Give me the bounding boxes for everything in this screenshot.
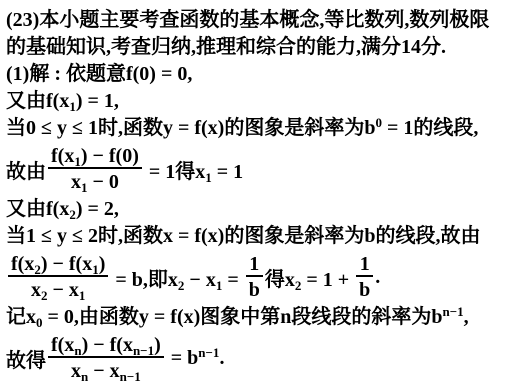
text-segment: 故由 bbox=[6, 161, 46, 183]
text-segment: − x bbox=[47, 279, 78, 301]
text-segment: 的基础知识,考查归纳,推理和综合的能力,满分14分. bbox=[6, 36, 446, 58]
subscript: n−1 bbox=[133, 343, 154, 358]
text-segment: = 0,由函数y = f(x)图象中第n段线段的斜率为b bbox=[43, 306, 443, 328]
subscript: n−1 bbox=[120, 369, 141, 384]
text-segment: = b bbox=[166, 347, 199, 369]
text-segment: 又由f(x bbox=[6, 90, 69, 112]
text-segment: 故得 bbox=[6, 350, 46, 372]
fraction-denominator: b bbox=[246, 277, 263, 303]
text-segment: − 0 bbox=[87, 171, 118, 193]
text-run: 又由f(x2) = 2, bbox=[6, 198, 119, 220]
text-run: 故由 bbox=[6, 155, 46, 184]
text-run: = b,即x2 − x1 = bbox=[110, 263, 243, 292]
text-segment: ) − f(x bbox=[41, 253, 92, 275]
fraction: 1 b bbox=[246, 251, 263, 303]
solution-part1-line: (1)解 : 依题意f(0) = 0, bbox=[6, 61, 510, 88]
text-segment: f(x bbox=[51, 334, 74, 356]
equation-x1: 故由 f(x1) − f(0) x1 − 0 = 1得x1 = 1 bbox=[6, 142, 510, 196]
text-segment: ) bbox=[99, 253, 106, 275]
equation-x2: f(x2) − f(x1) x2 − x1 = b,即x2 − x1 = 1 b… bbox=[6, 250, 510, 304]
subscript: 1 bbox=[79, 288, 86, 303]
text-run: 当0 ≤ y ≤ 1时,函数y = f(x)的图象是斜率为b0 = 1的线段, bbox=[6, 117, 478, 139]
text-segment: ) − f(0) bbox=[81, 145, 139, 167]
fraction: 1 b bbox=[356, 251, 373, 303]
text-segment: x bbox=[31, 279, 41, 301]
fraction-denominator: xn − xn−1 bbox=[48, 358, 164, 384]
text-segment: ) bbox=[154, 334, 161, 356]
text-segment: , bbox=[464, 306, 469, 328]
text-segment: 当1 ≤ y ≤ 2时,函数x = f(x)的图象是斜率为b的线段,故由 bbox=[6, 225, 480, 247]
text-segment: 当0 ≤ y ≤ 1时,函数y = f(x)的图象是斜率为b bbox=[6, 117, 375, 139]
intro-line-1: (23)本小题主要考查函数的基本概念,等比数列,数列极限 bbox=[6, 7, 510, 34]
text-segment: − x bbox=[184, 269, 215, 291]
equation-general-n: 故得 f(xn) − f(xn−1) xn − xn−1 = bn−1. bbox=[6, 331, 510, 385]
fraction-numerator: f(xn) − f(xn−1) bbox=[48, 332, 164, 358]
text-segment: = 1 bbox=[212, 161, 243, 183]
text-segment: (23)本小题主要考查函数的基本概念,等比数列,数列极限 bbox=[6, 9, 489, 31]
text-segment: = 1得x bbox=[144, 161, 205, 183]
text-run: 得x2 = 1 + bbox=[265, 263, 354, 292]
subscript: n bbox=[74, 343, 81, 358]
superscript: n−1 bbox=[443, 304, 464, 319]
fraction-denominator: b bbox=[356, 277, 373, 303]
text-segment: x bbox=[71, 360, 81, 382]
text-segment: . bbox=[375, 266, 380, 289]
text-segment: ) = 1, bbox=[76, 90, 119, 112]
text-segment: . bbox=[219, 347, 224, 369]
text-run: = bn−1. bbox=[166, 347, 225, 370]
fraction-numerator: 1 bbox=[246, 251, 263, 277]
fraction-denominator: x1 − 0 bbox=[48, 169, 142, 195]
text-segment: f(x bbox=[11, 253, 34, 275]
text-segment: ) − f(x bbox=[82, 334, 133, 356]
text-segment: 记x bbox=[6, 306, 36, 328]
text-segment: − x bbox=[88, 360, 119, 382]
line-slope-b: 当1 ≤ y ≤ 2时,函数x = f(x)的图象是斜率为b的线段,故由 bbox=[6, 223, 510, 250]
text-run: 又由f(x1) = 1, bbox=[6, 90, 119, 112]
text-segment: (1)解 : 依题意f(0) = 0, bbox=[6, 63, 192, 85]
text-segment: = bbox=[222, 269, 243, 291]
fraction-numerator: f(x1) − f(0) bbox=[48, 143, 142, 169]
intro-line-2: 的基础知识,考查归纳,推理和综合的能力,满分14分. bbox=[6, 34, 510, 61]
text-segment: 又由f(x bbox=[6, 198, 69, 220]
text-run: 故得 bbox=[6, 344, 46, 373]
text-segment: = 1的线段, bbox=[382, 117, 478, 139]
line-nth-segment: 记x0 = 0,由函数y = f(x)图象中第n段线段的斜率为bn−1, bbox=[6, 304, 510, 331]
text-segment: x bbox=[71, 171, 81, 193]
line-slope-b0: 当0 ≤ y ≤ 1时,函数y = f(x)的图象是斜率为b0 = 1的线段, bbox=[6, 115, 510, 142]
text-segment: = b,即x bbox=[110, 269, 178, 291]
superscript: n−1 bbox=[198, 345, 219, 360]
math-solution-document: (23)本小题主要考查函数的基本概念,等比数列,数列极限 的基础知识,考查归纳,… bbox=[0, 0, 512, 392]
fraction-numerator: 1 bbox=[356, 251, 373, 277]
fraction-numerator: f(x2) − f(x1) bbox=[8, 251, 108, 277]
text-segment: 得x bbox=[265, 269, 295, 291]
text-run: 记x0 = 0,由函数y = f(x)图象中第n段线段的斜率为bn−1, bbox=[6, 306, 469, 328]
text-segment: = 1 + bbox=[301, 269, 354, 291]
fraction: f(x1) − f(0) x1 − 0 bbox=[48, 143, 142, 195]
text-run: = 1得x1 = 1 bbox=[144, 155, 243, 184]
fraction: f(x2) − f(x1) x2 − x1 bbox=[8, 251, 108, 303]
text-segment: f(x bbox=[51, 145, 74, 167]
line-f-x2: 又由f(x2) = 2, bbox=[6, 196, 510, 223]
text-segment: ) = 2, bbox=[76, 198, 119, 220]
fraction: f(xn) − f(xn−1) xn − xn−1 bbox=[48, 332, 164, 384]
line-f-x1: 又由f(x1) = 1, bbox=[6, 88, 510, 115]
fraction-denominator: x2 − x1 bbox=[8, 277, 108, 303]
